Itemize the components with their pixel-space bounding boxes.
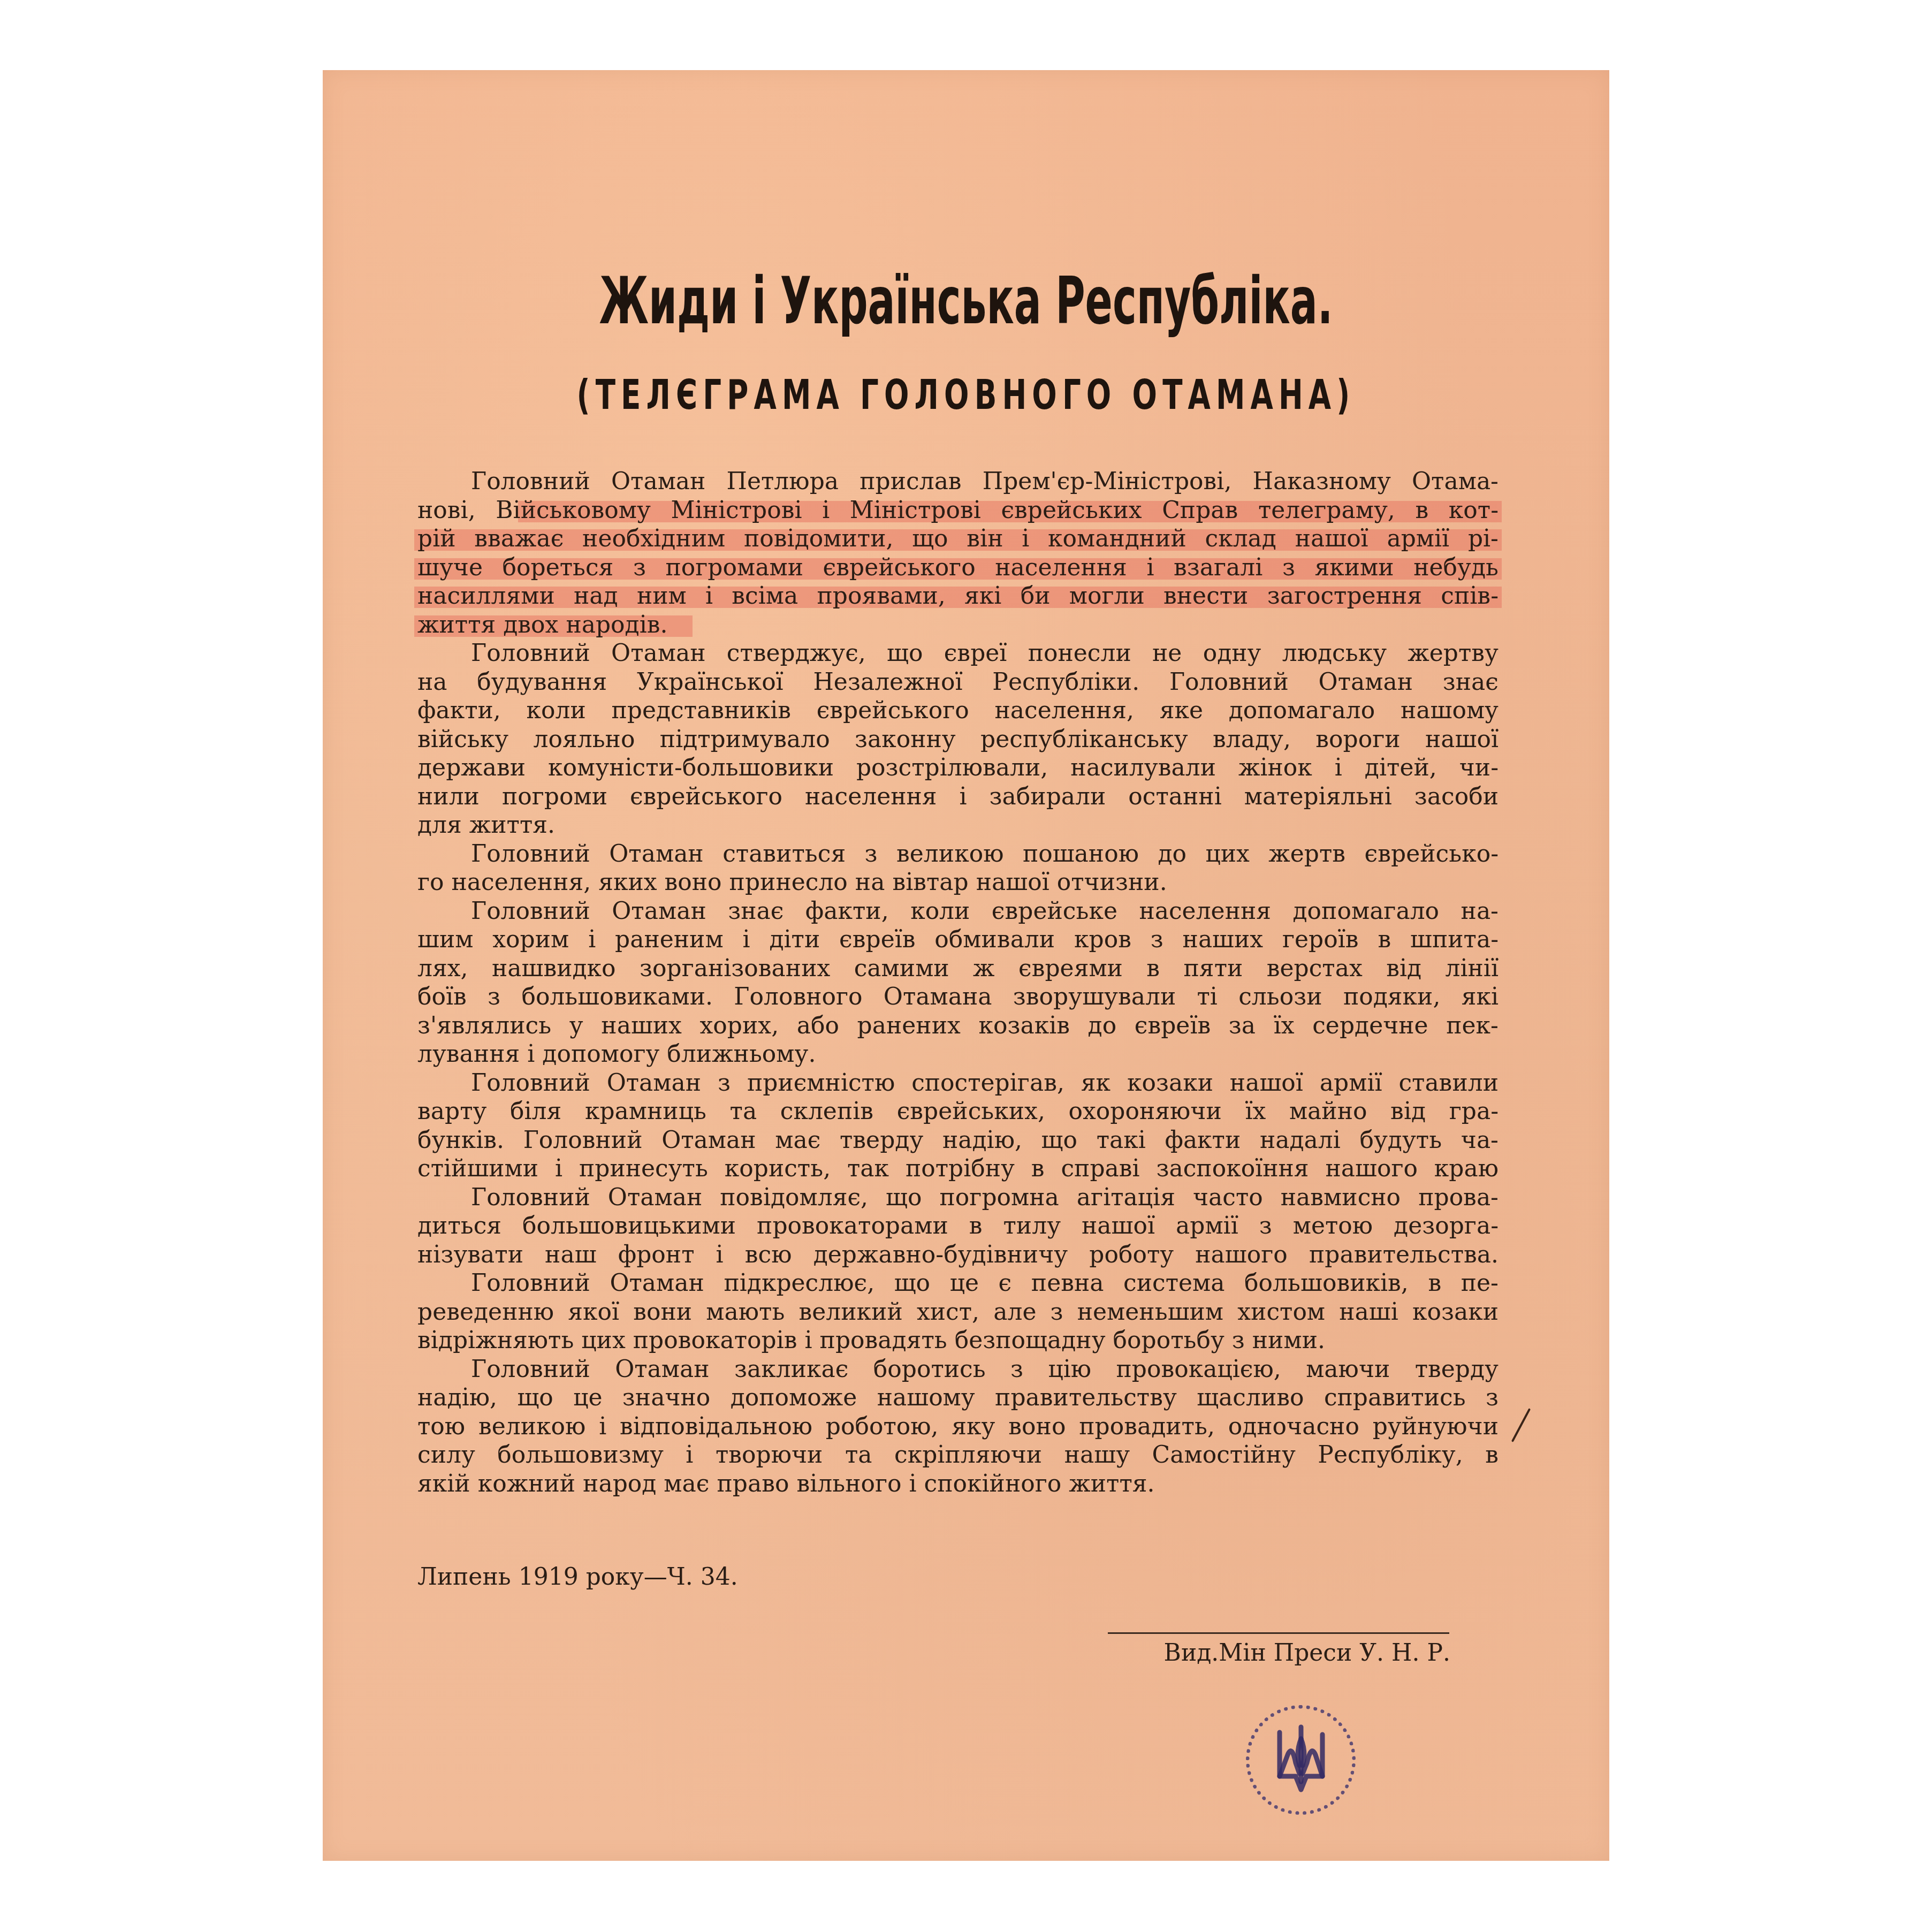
paragraph-3: Головний Отаман ставиться з великою поша…: [417, 840, 1499, 897]
text-line: диться большовицькими провокаторами в ти…: [417, 1212, 1499, 1241]
text-line-highlighted: нові, Військовому Міністрові і Міністров…: [417, 496, 1499, 525]
text-line: варту біля крамниць та склепів єврейськи…: [417, 1097, 1499, 1126]
text-line: стійшими і принесуть користь, так потріб…: [417, 1154, 1499, 1183]
text-line: силу большовизму і творючи та скріпляючи…: [417, 1441, 1499, 1470]
document-subtitle: (ТЕЛЄГРАМА ГОЛОВНОГО ОТАМАНА): [503, 371, 1429, 419]
text-line: Головний Отаман знає факти, коли єврейсь…: [417, 897, 1499, 926]
publisher-signature: Вид.Мін Преси У. Н. Р.: [1108, 1639, 1450, 1667]
paragraph-8: Головний Отаман закликає боротись з цію …: [417, 1355, 1499, 1499]
trident-icon: [1272, 1723, 1330, 1798]
text-line: лях, нашвидко зорганізованих самими ж єв…: [417, 954, 1499, 983]
text-line: факти, коли представників єврейського на…: [417, 696, 1499, 725]
document-page: Жиди і Українська Республіка. (ТЕЛЄГРАМА…: [323, 70, 1609, 1861]
text-line-highlighted: життя двох народів.: [417, 611, 1499, 640]
paragraph-1: Головний Отаман Петлюра прислав Прем'єр-…: [417, 467, 1499, 639]
text-line: Головний Отаман підкреслює, що це є певн…: [417, 1269, 1499, 1298]
text-line: якій кожний народ має право вільного і с…: [417, 1470, 1499, 1499]
text-line: на будування Української Незалежної Респ…: [417, 668, 1499, 697]
paragraph-2: Головний Отаман стверджує, що євреї поне…: [417, 639, 1499, 840]
text-line: з'являлись у наших хорих, або ранених ко…: [417, 1011, 1499, 1040]
text-line: бунків. Головний Отаман має тверду надію…: [417, 1126, 1499, 1155]
stamp-seal: [1246, 1705, 1356, 1815]
text-line: реведенню якої вони мають великий хист, …: [417, 1298, 1499, 1327]
text-line: надію, що це значно допоможе нашому прав…: [417, 1383, 1499, 1412]
signature-rule: [1108, 1632, 1449, 1634]
document-body: Головний Отаман Петлюра прислав Прем'єр-…: [417, 467, 1499, 1498]
text-line-highlighted: шуче бореться з погромами єврейського на…: [417, 553, 1499, 582]
text-line: відріжняють цих провокаторів і провадять…: [417, 1326, 1499, 1355]
text-line: Головний Отаман повідомляє, що погромна …: [417, 1183, 1499, 1212]
text-line: тою великою і відповідальною роботою, як…: [417, 1412, 1499, 1441]
text-line: для життя.: [417, 811, 1499, 840]
paragraph-4: Головний Отаман знає факти, коли єврейсь…: [417, 897, 1499, 1069]
text-line: нили погроми єврейського населення і заб…: [417, 782, 1499, 811]
text-line: Головний Отаман стверджує, що євреї поне…: [417, 639, 1499, 668]
text-line: нізувати наш фронт і всю державно-будівн…: [417, 1241, 1499, 1269]
paragraph-7: Головний Отаман підкреслює, що це є певн…: [417, 1269, 1499, 1355]
text-line: лування і допомогу ближньому.: [417, 1040, 1499, 1069]
document-title: Жиди і Українська Республіка.: [567, 263, 1365, 339]
text-line-highlighted: рій вважає необхідним повідомити, що він…: [417, 524, 1499, 553]
text-line: держави комуністи-большовики розстрілюва…: [417, 754, 1499, 782]
date-line: Липень 1919 року—Ч. 34.: [417, 1563, 738, 1591]
text-line: шим хорим і раненим і діти євреїв обмива…: [417, 925, 1499, 954]
text-line: Головний Отаман ставиться з великою поша…: [417, 840, 1499, 869]
paragraph-6: Головний Отаман повідомляє, що погромна …: [417, 1183, 1499, 1269]
paragraph-5: Головний Отаман з приємністю спостерігав…: [417, 1069, 1499, 1183]
text-line: боїв з большовиками. Головного Отамана з…: [417, 983, 1499, 1011]
text-line: війську лояльно підтримувало законну рес…: [417, 725, 1499, 754]
text-line: Головний Отаман закликає боротись з цію …: [417, 1355, 1499, 1384]
text-line: го населення, яких воно принесло на вівт…: [417, 868, 1499, 897]
pen-mark: [1511, 1408, 1531, 1442]
text-line-highlighted: насиллями над ним і всіма проявами, які …: [417, 582, 1499, 611]
text-line: Головний Отаман з приємністю спостерігав…: [417, 1069, 1499, 1098]
text-line: Головний Отаман Петлюра прислав Прем'єр-…: [417, 467, 1499, 496]
